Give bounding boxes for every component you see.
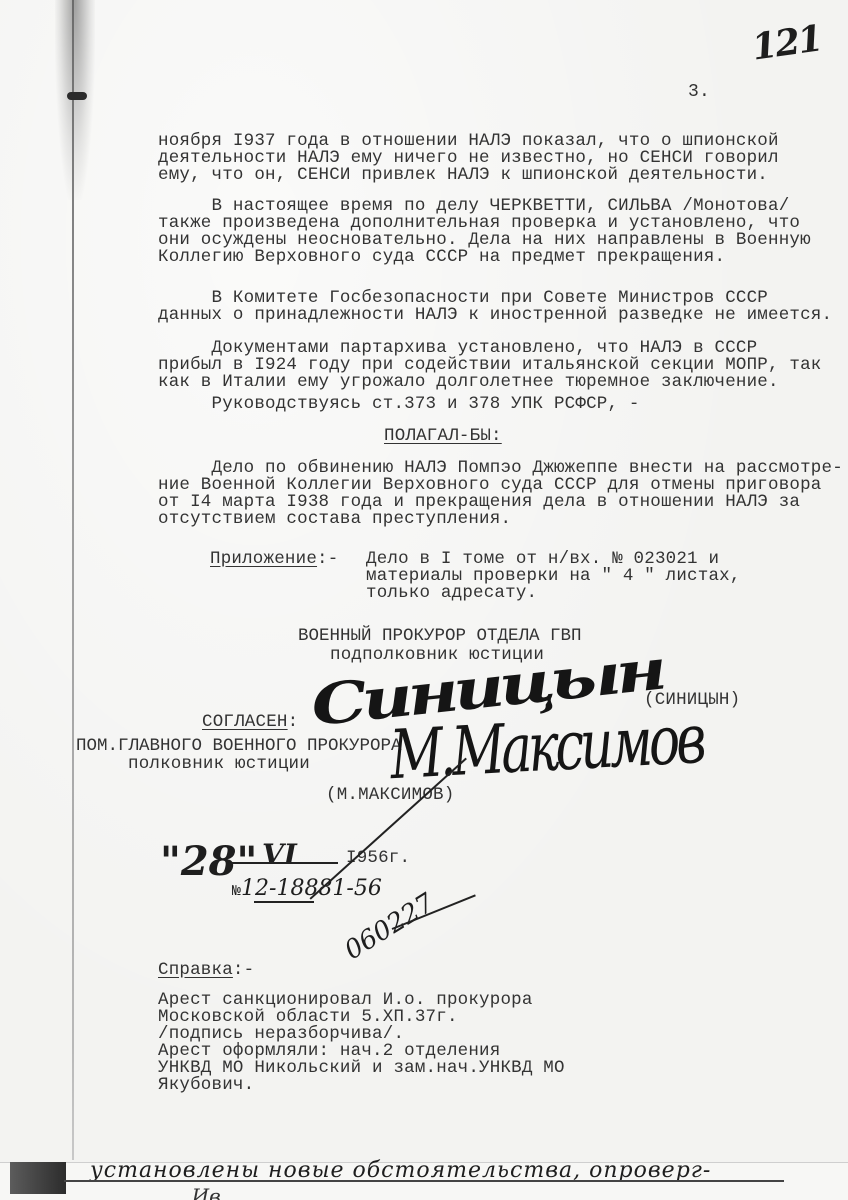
paragraph-4-line-3: как в Италии ему угрожало долголетнее тю… xyxy=(158,374,779,391)
approval-rank: полковник юстиции xyxy=(128,756,310,773)
date-underline xyxy=(232,862,338,864)
approval-heading-suffix: : xyxy=(288,712,299,732)
attachment-line-3: только адресату. xyxy=(366,585,537,602)
approval-heading: СОГЛАСЕН xyxy=(202,712,288,732)
binding-crease xyxy=(72,0,74,1160)
approval-title: ПОМ.ГЛАВНОГО ВОЕННОГО ПРОКУРОРА xyxy=(76,738,402,755)
approval-name: (М.МАКСИМОВ) xyxy=(326,787,454,804)
signatory-1-title: ВОЕННЫЙ ПРОКУРОР ОТДЕЛА ГВП xyxy=(298,628,582,645)
paragraph-1-line-3: ему, что он, СЕНСИ привлек НАЛЭ к шпионс… xyxy=(158,167,768,184)
paragraph-4-line-4: Руководствуясь ст.373 и 378 УПК РСФСР, - xyxy=(158,396,640,413)
paragraph-2-line-4: Коллегию Верховного суда СССР на предмет… xyxy=(158,249,725,266)
reference-label-block: Справка:- xyxy=(158,962,254,979)
registration-prefix: № xyxy=(232,883,241,900)
archive-sheet-number: 121 xyxy=(749,17,823,68)
registration-underline xyxy=(254,901,314,903)
attachment-label: Приложение xyxy=(210,549,317,569)
diagonal-stroke xyxy=(309,758,466,900)
next-page-handwriting-line-2: ... ... ... ... Ив ... ... xyxy=(90,1184,272,1200)
resolution-heading: ПОЛАГАЛ-БЫ: xyxy=(384,428,502,445)
page-number: 3. xyxy=(688,84,710,101)
next-page-shadow xyxy=(10,1162,66,1194)
paragraph-3-line-2: данных о принадлежности НАЛЭ к иностренн… xyxy=(158,307,832,324)
next-page-ruled-line xyxy=(64,1180,784,1182)
attachment-separator: :- xyxy=(317,549,338,569)
registration-number: №12-18881-56 xyxy=(232,876,382,901)
signature-maksimov: М.Максимов xyxy=(388,701,704,795)
date-month: VI xyxy=(262,838,297,871)
binding-shadow xyxy=(55,0,95,200)
attachment-label-block: Приложение:- xyxy=(210,551,338,568)
resolution-line-4: отсутствием состава преступления. xyxy=(158,511,511,528)
reference-line-6: Якубович. xyxy=(158,1077,254,1094)
reference-separator: :- xyxy=(233,960,254,980)
approval-heading-block: СОГЛАСЕН: xyxy=(202,714,298,731)
staple-icon xyxy=(67,92,87,100)
document-page: 121 3. ноября I937 года в отношении НАЛЭ… xyxy=(0,0,848,1200)
reference-label: Справка xyxy=(158,960,233,980)
